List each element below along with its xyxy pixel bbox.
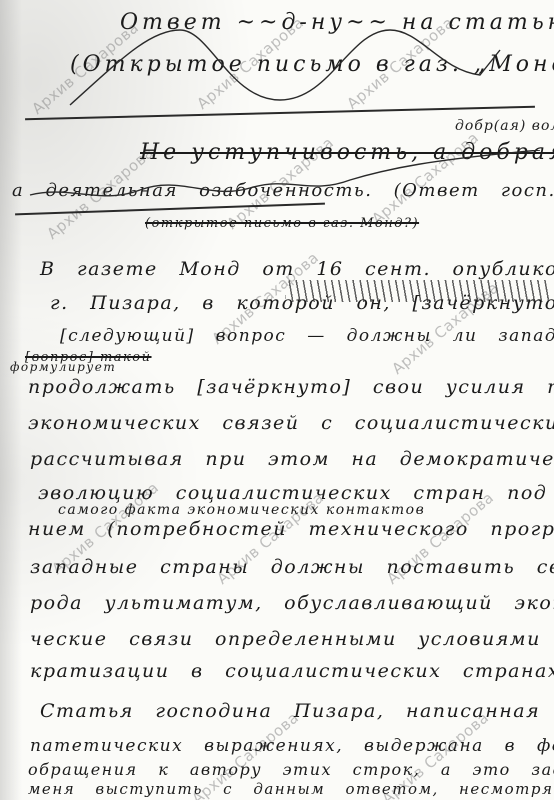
body-line-15: обращения к автору этих строк, а это зас… <box>28 760 554 779</box>
insert-above: добр(ая) воля <box>455 118 554 134</box>
heading-line-2: а деятельная озабоченность. (Ответ госп.… <box>12 180 554 201</box>
body-line-3: [следующий] вопрос — должны ли западные … <box>60 326 554 346</box>
scan-edge-shadow <box>0 0 22 800</box>
body-line-1: В газете Монд от 16 сент. опубликована с… <box>40 258 554 280</box>
margin-insert-formuliruet: формулирует <box>10 360 116 374</box>
manuscript-page: Архив Сахарова Архив Сахарова Архив Саха… <box>0 0 554 800</box>
body-line-8: нием (потребностей технического прогресс… <box>28 518 554 540</box>
body-line-6: рассчитывая при этом на демократическую <box>30 448 554 470</box>
body-line-4: продолжать [зачёркнуто] свои усилия по у… <box>28 376 554 398</box>
body-line-9: западные страны должны поставить своего <box>30 556 554 578</box>
heading-struck-line-1: Не уступчивость, а добрая воля <box>140 140 554 165</box>
body-line-14: патетических выражениях, выдержана в фо <box>30 736 554 756</box>
title-line-1: Ответ ~~д-ну~~ на статью Г. Пизара <box>120 10 554 35</box>
body-line-13: Статья господина Пизара, написанная <box>40 700 540 722</box>
heading-struck-line-3: (открытое письмо в газ. Монд?) <box>145 216 419 231</box>
title-line-2: (Открытое письмо в газ. „Монд“) <box>70 52 554 77</box>
heading-underline <box>15 203 325 215</box>
body-line-11: ческие связи определенными условиями дем… <box>30 628 554 650</box>
insert-line-contacts: самого факта экономических контактов <box>58 502 425 518</box>
body-line-16: меня выступить с данным ответом, несмотр… <box>28 780 553 798</box>
body-line-10: рода ультиматум, обуславливающий экономи <box>30 592 554 614</box>
scribbled-out-text <box>285 280 550 302</box>
body-line-12: кратизации в социалистических странах. <box>30 660 554 682</box>
body-line-5: экономических связей с социалистическим … <box>28 412 554 434</box>
body-line-7: эволюцию социалистических стран под давл… <box>38 482 554 504</box>
